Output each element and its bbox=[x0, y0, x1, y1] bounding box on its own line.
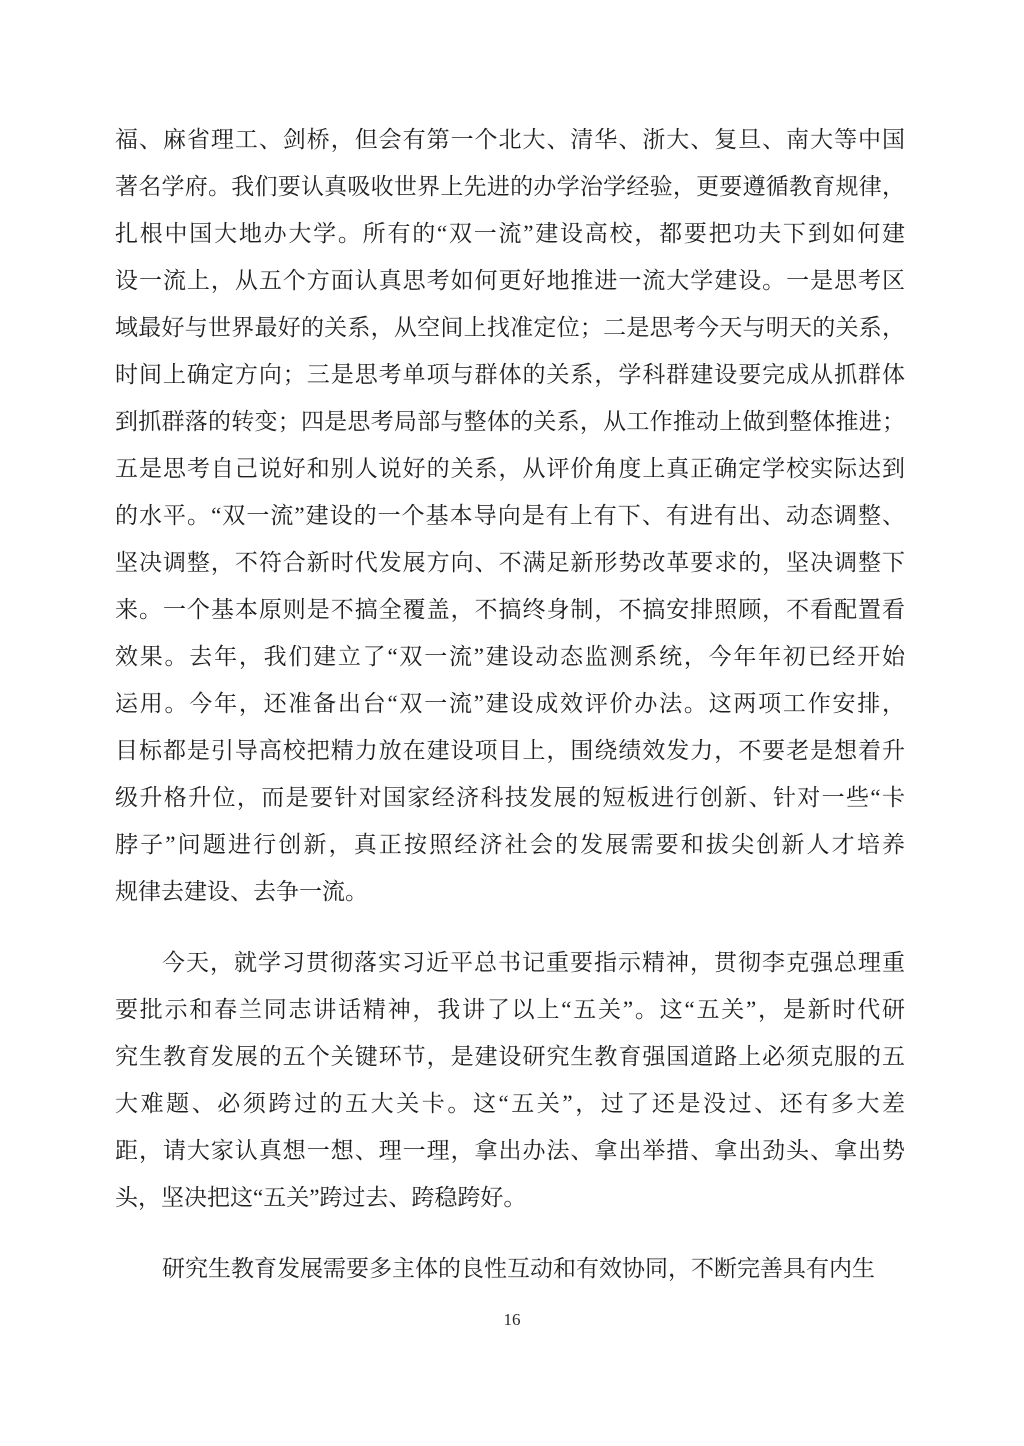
paragraph-1: 福、麻省理工、剑桥，但会有第一个北大、清华、浙大、复旦、南大等中国 著名学府。我… bbox=[115, 116, 905, 915]
text-line: 设一流上，从五个方面认真思考如何更好地推进一流大学建设。一是思考区 bbox=[115, 257, 905, 304]
text-line: 的水平。“双一流”建设的一个基本导向是有上有下、有进有出、动态调整、 bbox=[115, 492, 905, 539]
text-line: 研究生教育发展需要多主体的良性互动和有效协同，不断完善具有内生 bbox=[115, 1245, 905, 1292]
paragraph-3: 研究生教育发展需要多主体的良性互动和有效协同，不断完善具有内生 bbox=[115, 1245, 905, 1292]
text-line: 福、麻省理工、剑桥，但会有第一个北大、清华、浙大、复旦、南大等中国 bbox=[115, 116, 905, 163]
text-line: 头，坚决把这“五关”跨过去、跨稳跨好。 bbox=[115, 1174, 905, 1221]
text-line: 级升格升位，而是要针对国家经济科技发展的短板进行创新、针对一些“卡 bbox=[115, 774, 905, 821]
document-page: 福、麻省理工、剑桥，但会有第一个北大、清华、浙大、复旦、南大等中国 著名学府。我… bbox=[0, 0, 1024, 1446]
text-line: 五是思考自己说好和别人说好的关系，从评价角度上真正确定学校实际达到 bbox=[115, 445, 905, 492]
text-line: 坚决调整，不符合新时代发展方向、不满足新形势改革要求的，坚决调整下 bbox=[115, 539, 905, 586]
text-line: 今天，就学习贯彻落实习近平总书记重要指示精神，贯彻李克强总理重 bbox=[115, 939, 905, 986]
text-line: 扎根中国大地办大学。所有的“双一流”建设高校，都要把功夫下到如何建 bbox=[115, 210, 905, 257]
text-line: 来。一个基本原则是不搞全覆盖，不搞终身制，不搞安排照顾，不看配置看 bbox=[115, 586, 905, 633]
text-line: 究生教育发展的五个关键环节，是建设研究生教育强国道路上必须克服的五 bbox=[115, 1033, 905, 1080]
text-line: 目标都是引导高校把精力放在建设项目上，围绕绩效发力，不要老是想着升 bbox=[115, 727, 905, 774]
text-line: 脖子”问题进行创新，真正按照经济社会的发展需要和拔尖创新人才培养 bbox=[115, 821, 905, 868]
text-line: 大难题、必须跨过的五大关卡。这“五关”，过了还是没过、还有多大差 bbox=[115, 1080, 905, 1127]
paragraph-2: 今天，就学习贯彻落实习近平总书记重要指示精神，贯彻李克强总理重 要批示和春兰同志… bbox=[115, 939, 905, 1221]
text-line: 到抓群落的转变；四是思考局部与整体的关系，从工作推动上做到整体推进； bbox=[115, 398, 905, 445]
text-line: 效果。去年，我们建立了“双一流”建设动态监测系统，今年年初已经开始 bbox=[115, 633, 905, 680]
text-content: 福、麻省理工、剑桥，但会有第一个北大、清华、浙大、复旦、南大等中国 著名学府。我… bbox=[115, 116, 905, 1292]
text-line: 运用。今年，还准备出台“双一流”建设成效评价办法。这两项工作安排， bbox=[115, 680, 905, 727]
text-line: 域最好与世界最好的关系，从空间上找准定位；二是思考今天与明天的关系， bbox=[115, 304, 905, 351]
text-line: 著名学府。我们要认真吸收世界上先进的办学治学经验，更要遵循教育规律， bbox=[115, 163, 905, 210]
text-line: 规律去建设、去争一流。 bbox=[115, 868, 905, 915]
text-line: 要批示和春兰同志讲话精神，我讲了以上“五关”。这“五关”，是新时代研 bbox=[115, 986, 905, 1033]
page-number: 16 bbox=[0, 1308, 1024, 1332]
text-line: 距，请大家认真想一想、理一理，拿出办法、拿出举措、拿出劲头、拿出势 bbox=[115, 1127, 905, 1174]
text-line: 时间上确定方向；三是思考单项与群体的关系，学科群建设要完成从抓群体 bbox=[115, 351, 905, 398]
